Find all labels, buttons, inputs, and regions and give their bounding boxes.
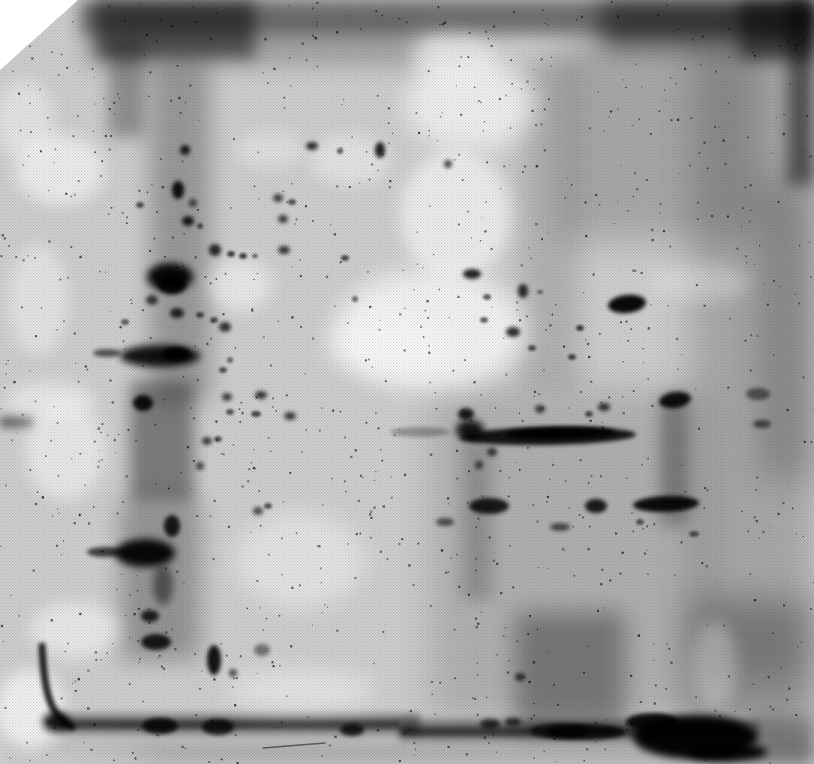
gel-image <box>0 0 814 764</box>
gel-scan-figure <box>0 0 814 764</box>
halftone-overlay <box>0 0 814 764</box>
halftone-texture-layer <box>0 0 814 764</box>
